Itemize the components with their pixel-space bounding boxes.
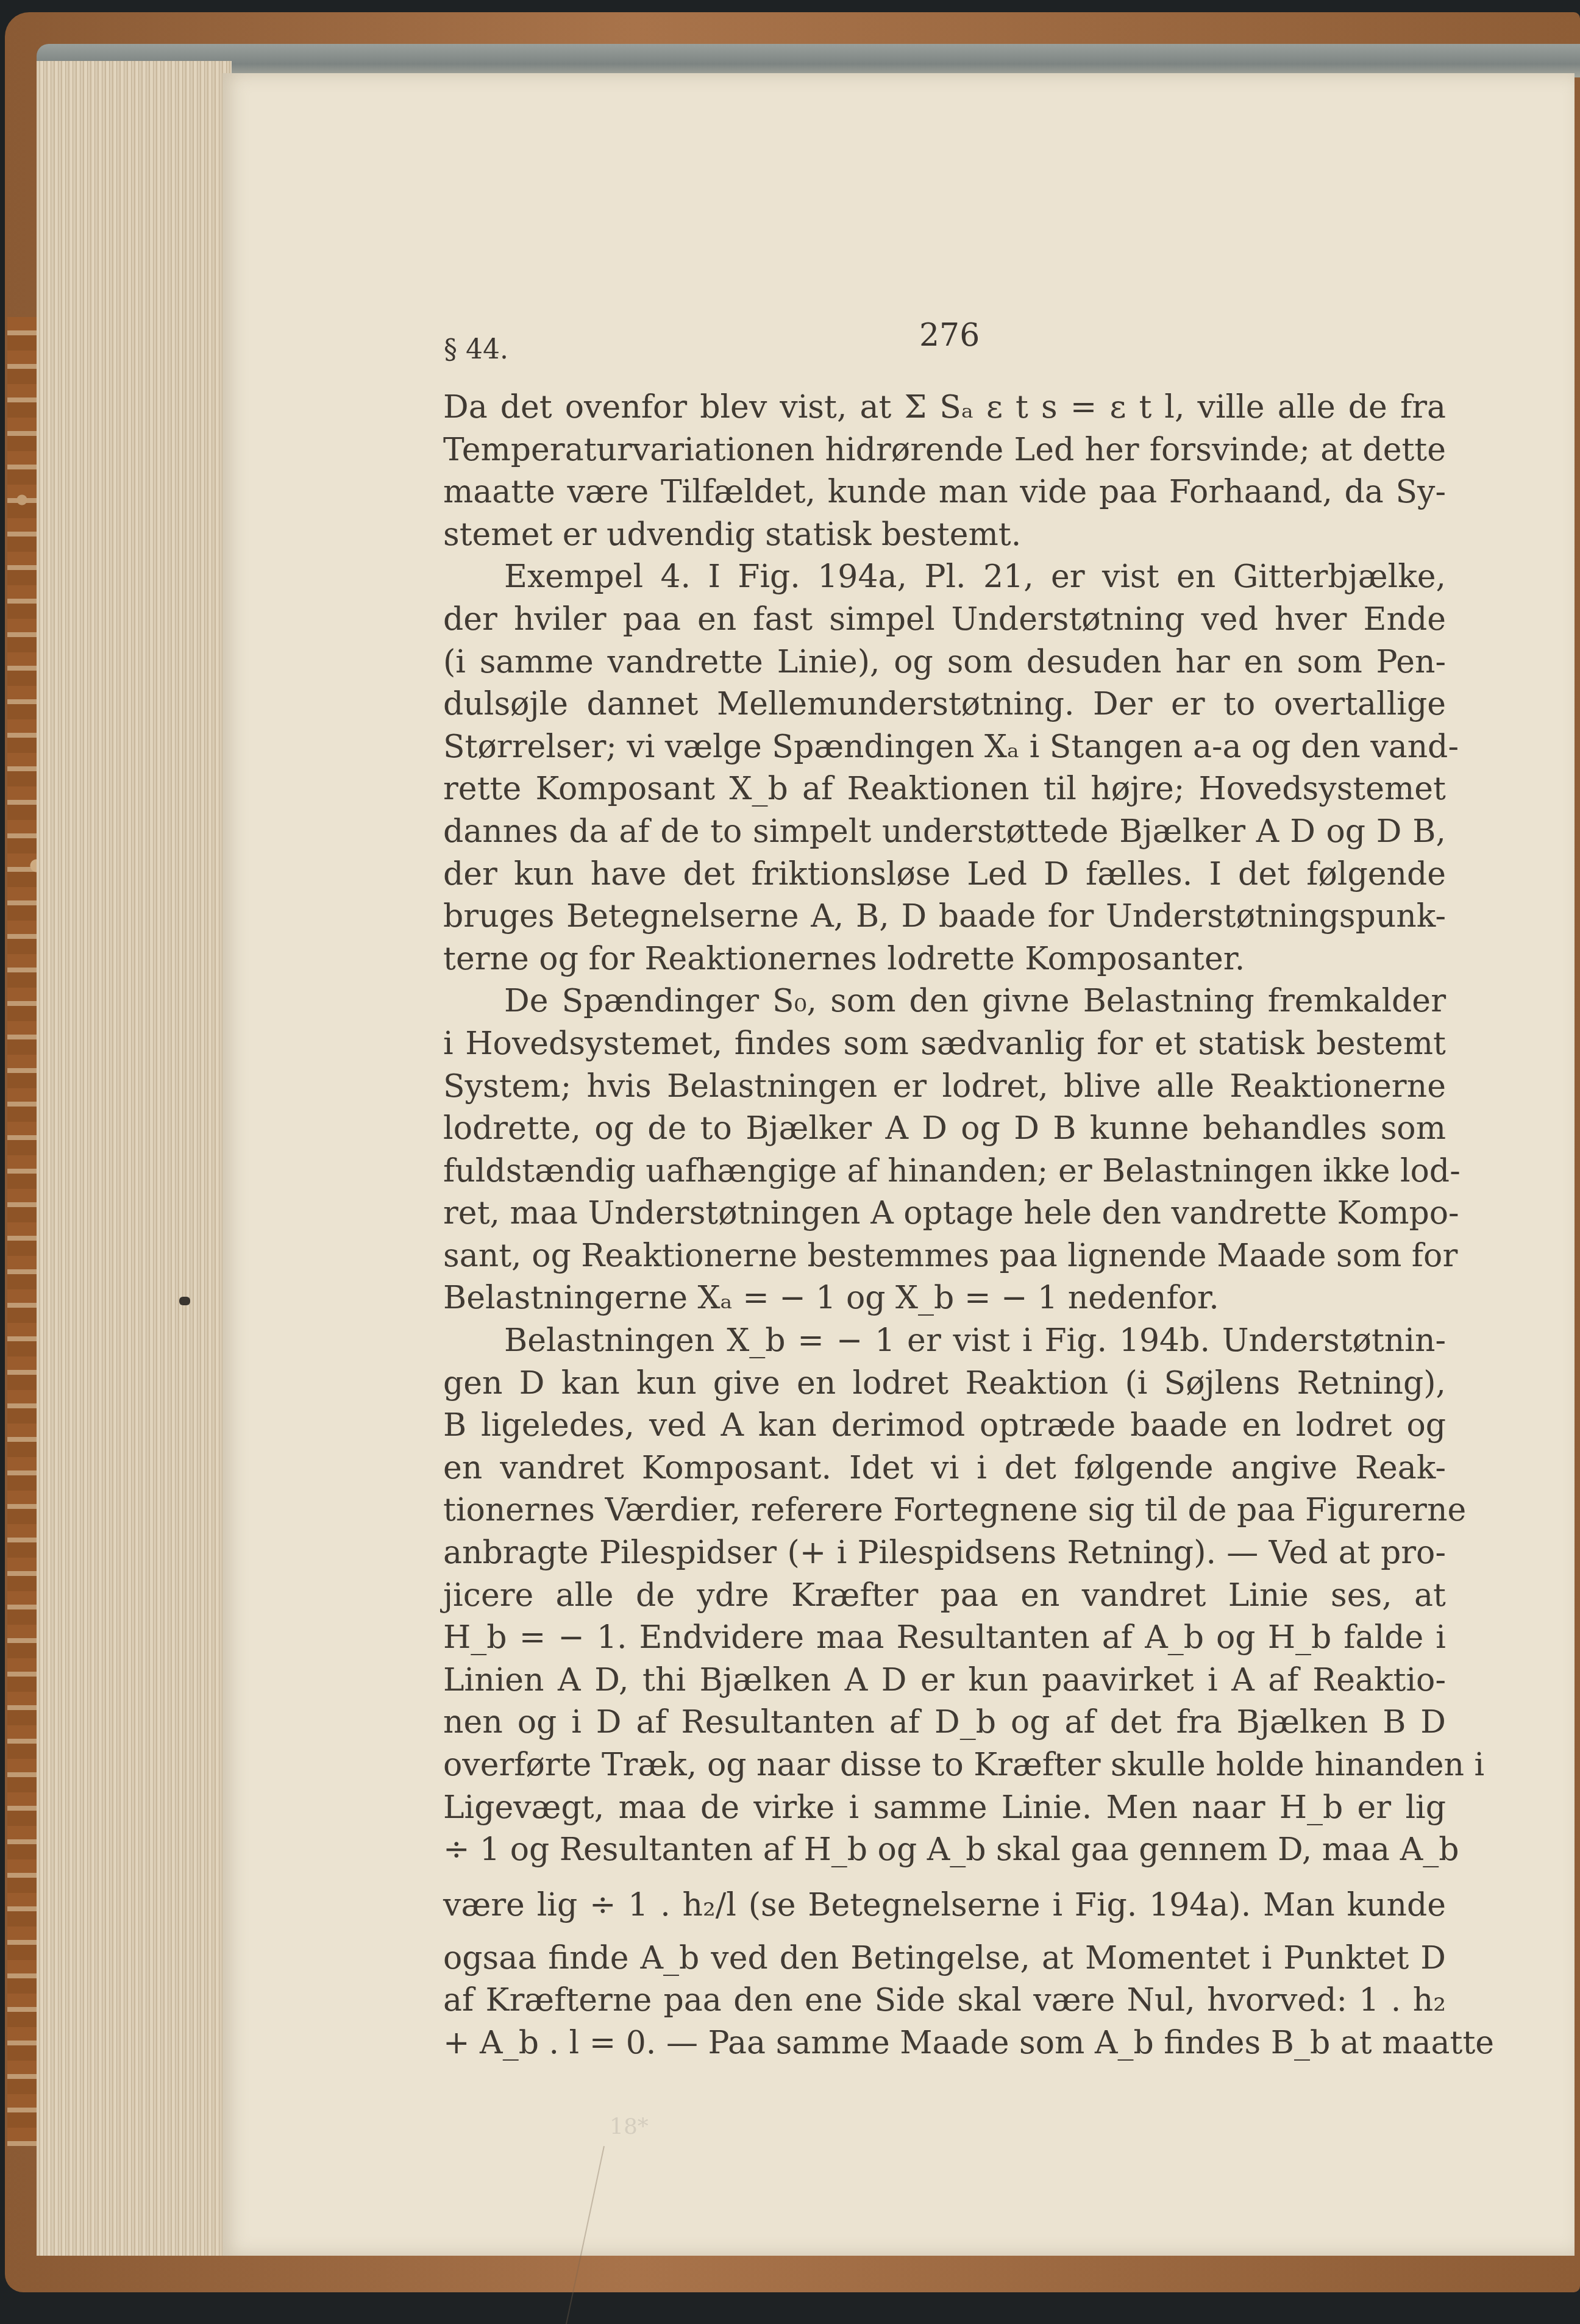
text-line: lodrette, og de to Bjælker A D og D B ku… bbox=[443, 1108, 1446, 1150]
text-line: Temperaturvariationen hidrørende Led her… bbox=[443, 429, 1446, 472]
show-through-signature: 18* bbox=[610, 2114, 649, 2139]
text-line: Exempel 4. I Fig. 194a, Pl. 21, er vist … bbox=[443, 556, 1446, 599]
text-line: jicere alle de ydre Kræfter paa en vandr… bbox=[443, 1575, 1446, 1617]
text-line: i Hovedsystemet, findes som sædvanlig fo… bbox=[443, 1023, 1446, 1066]
text-line: fuldstændig uafhængige af hinanden; er B… bbox=[443, 1150, 1446, 1193]
section-number: § 44. bbox=[444, 334, 508, 365]
page-stack-edge bbox=[37, 61, 232, 2256]
text-line: Ligevægt, maa de virke i samme Linie. Me… bbox=[443, 1787, 1446, 1830]
text-line: tionernes Værdier, referere Fortegnene s… bbox=[443, 1489, 1446, 1532]
text-line: af Kræfterne paa den ene Side skal være … bbox=[443, 1980, 1446, 2022]
text-line: bruges Betegnelserne A, B, D baade for U… bbox=[443, 896, 1446, 938]
body-text: Da det ovenfor blev vist, at Σ Sₐ ε t s … bbox=[443, 387, 1446, 2065]
text-line: Linien A D, thi Bjælken A D er kun paavi… bbox=[443, 1659, 1446, 1702]
page-header: § 44. 276 bbox=[444, 317, 1450, 366]
text-line: stemet er udvendig statisk bestemt. bbox=[443, 514, 1446, 557]
text-line: rette Komposant X_b af Reaktionen til hø… bbox=[443, 768, 1446, 811]
text-line: en vandret Komposant. Idet vi i det følg… bbox=[443, 1447, 1446, 1490]
text-line: Størrelser; vi vælge Spændingen Xₐ i Sta… bbox=[443, 726, 1446, 769]
text-line: B ligeledes, ved A kan derimod optræde b… bbox=[443, 1405, 1446, 1447]
text-line: gen D kan kun give en lodret Reaktion (i… bbox=[443, 1363, 1446, 1405]
ink-spot bbox=[179, 1297, 190, 1305]
text-line: sant, og Reaktionerne bestemmes paa lign… bbox=[443, 1235, 1446, 1278]
text-line: være lig ÷ 1 . h₂/l (se Betegnelserne i … bbox=[443, 1872, 1446, 1937]
text-line: + A_b . l = 0. — Paa samme Maade som A_b… bbox=[443, 2022, 1446, 2065]
text-line: anbragte Pilespidser (+ i Pilespidsens R… bbox=[443, 1532, 1446, 1575]
text-line: De Spændinger S₀, som den givne Belastni… bbox=[443, 980, 1446, 1023]
text-line: ogsaa finde A_b ved den Betingelse, at M… bbox=[443, 1937, 1446, 1980]
text-line: (i samme vandrette Linie), og som desude… bbox=[443, 641, 1446, 684]
text-line: nen og i D af Resultanten af D_b og af d… bbox=[443, 1702, 1446, 1744]
text-line: terne og for Reaktionernes lodrette Komp… bbox=[443, 938, 1446, 981]
page-top-edge bbox=[37, 44, 1580, 77]
text-line: dulsøjle dannet Mellemunderstøtning. Der… bbox=[443, 683, 1446, 726]
text-line: Belastningerne Xₐ = − 1 og X_b = − 1 ned… bbox=[443, 1277, 1446, 1320]
page-number: 276 bbox=[919, 317, 980, 354]
text-line: ret, maa Understøtningen A optage hele d… bbox=[443, 1192, 1446, 1235]
text-line: dannes da af de to simpelt understøttede… bbox=[443, 811, 1446, 854]
text-line: H_b = − 1. Endvidere maa Resultanten af … bbox=[443, 1617, 1446, 1659]
text-line: maatte være Tilfældet, kunde man vide pa… bbox=[443, 471, 1446, 514]
text-line: Belastningen X_b = − 1 er vist i Fig. 19… bbox=[443, 1320, 1446, 1363]
text-line: overførte Træk, og naar disse to Kræfter… bbox=[443, 1744, 1446, 1787]
text-line: der kun have det friktionsløse Led D fæl… bbox=[443, 854, 1446, 896]
text-line: Da det ovenfor blev vist, at Σ Sₐ ε t s … bbox=[443, 387, 1446, 429]
text-line: der hviler paa en fast simpel Understøtn… bbox=[443, 599, 1446, 641]
text-line: ÷ 1 og Resultanten af H_b og A_b skal ga… bbox=[443, 1829, 1446, 1872]
text-line: System; hvis Belastningen er lodret, bli… bbox=[443, 1066, 1446, 1108]
